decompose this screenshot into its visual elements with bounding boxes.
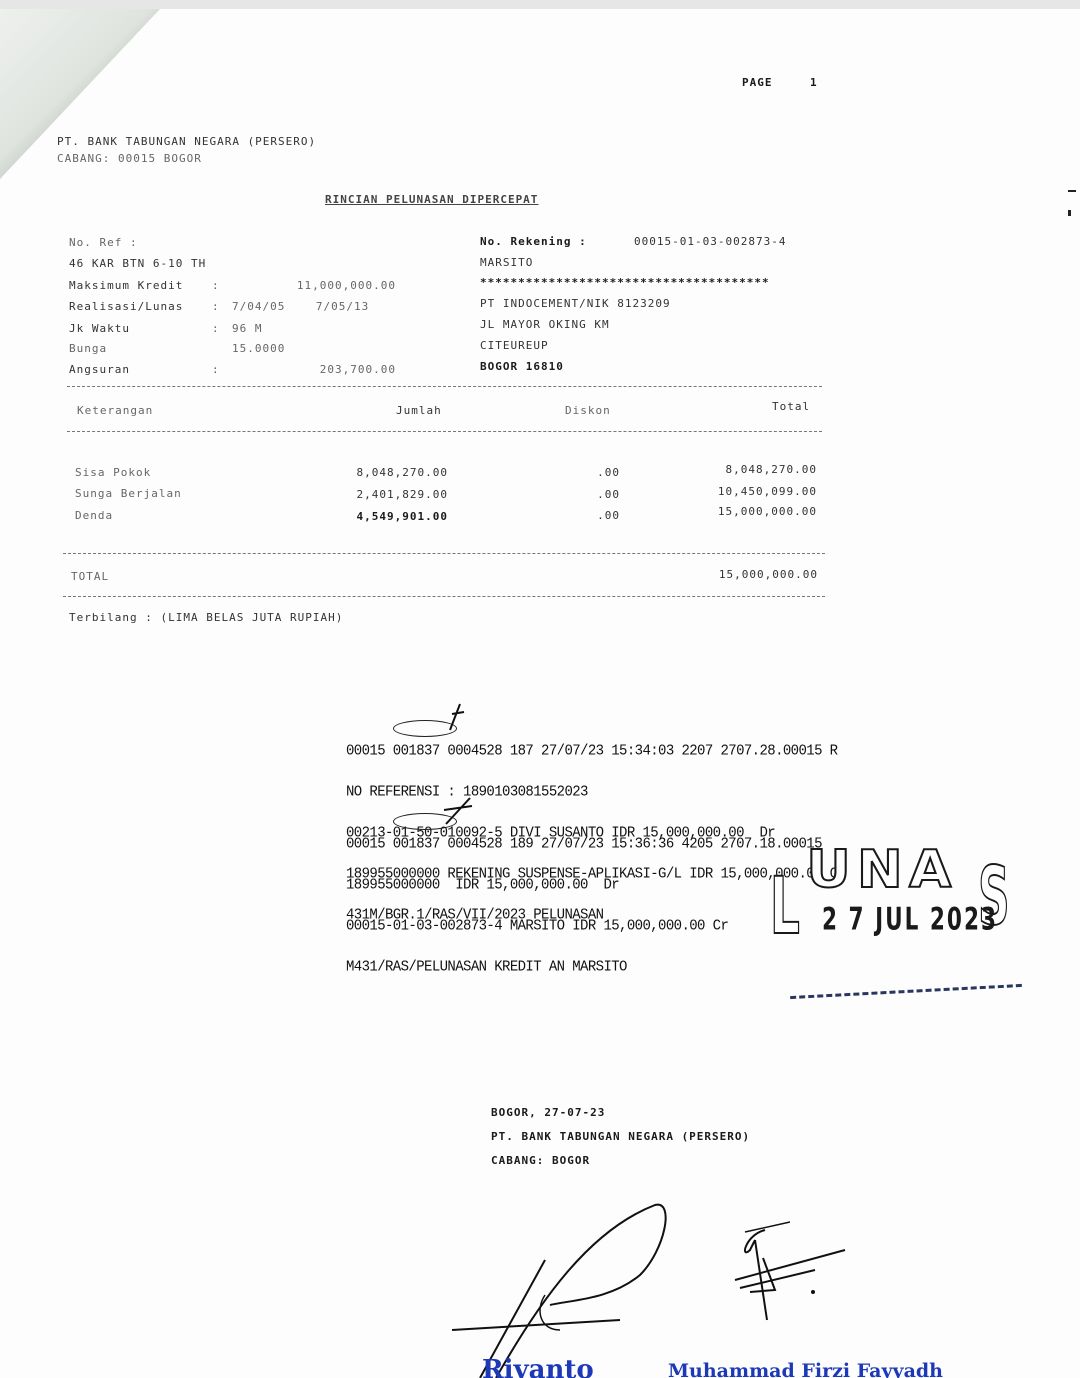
account-label: No. Rekening :: [480, 235, 587, 248]
transaction-line: NO REFERENSI : 1890103081552023: [346, 786, 845, 800]
page-number: 1: [810, 76, 818, 89]
installment-value: 203,700.00: [250, 363, 396, 376]
realization-value: 7/04/05 7/05/13: [232, 300, 369, 313]
col-header-discount: Diskon: [565, 404, 611, 417]
field-label: Jk Waktu: [69, 322, 130, 335]
page-label: PAGE: [742, 76, 773, 89]
ref-label: No. Ref :: [69, 236, 138, 249]
place-date: BOGOR, 27-07-23: [491, 1106, 605, 1119]
bank-name: PT. BANK TABUNGAN NEGARA (PERSERO): [57, 135, 316, 148]
transaction-line: M431/RAS/PELUNASAN KREDIT AN MARSITO: [346, 961, 822, 975]
top-bar: [0, 0, 1080, 9]
transaction-line: 00015-01-03-002873-4 MARSITO IDR 15,000,…: [346, 920, 822, 934]
row-total: 10,450,099.00: [650, 485, 817, 498]
signature-riyanto: [440, 1190, 680, 1378]
ink-tick: [440, 702, 470, 732]
footer-branch: CABANG: BOGOR: [491, 1154, 590, 1167]
divider: [67, 431, 822, 432]
edge-mark: [1068, 190, 1076, 192]
row-desc: Sisa Pokok: [75, 466, 151, 479]
account-number: 00015-01-03-002873-4: [634, 235, 786, 248]
divider: [67, 386, 822, 387]
row-desc: Sunga Berjalan: [75, 487, 182, 500]
row-amount: 8,048,270.00: [300, 466, 448, 479]
edge-mark: [1068, 210, 1071, 216]
field-sep: :: [212, 300, 220, 313]
document-title: RINCIAN PELUNASAN DIPERCEPAT: [325, 193, 538, 206]
address-line: JL MAYOR OKING KM: [480, 318, 610, 331]
total-value: 15,000,000.00: [650, 568, 818, 581]
stamp-letter-l: L: [770, 862, 803, 952]
transaction-line: 189955000000 IDR 15,000,000.00 Dr: [346, 879, 822, 893]
row-total: 8,048,270.00: [650, 463, 817, 476]
field-label: Bunga: [69, 342, 107, 355]
transaction-line: 00015 001837 0004528 189 27/07/23 15:36:…: [346, 838, 822, 852]
footer-bank-name: PT. BANK TABUNGAN NEGARA (PERSERO): [491, 1130, 750, 1143]
stamp-date: 2 7 JUL 2023: [822, 901, 998, 937]
ref-value: 46 KAR BTN 6-10 TH: [69, 257, 206, 270]
divider: [63, 596, 825, 597]
address-line: CITEUREUP: [480, 339, 549, 352]
row-desc: Denda: [75, 509, 113, 522]
row-amount: 2,401,829.00: [300, 488, 448, 501]
stamp-word: UNA: [806, 840, 957, 900]
term-value: 96 M: [232, 322, 263, 335]
col-header-total: Total: [772, 400, 810, 413]
field-label: Angsuran: [69, 363, 130, 376]
document-page: [0, 9, 1080, 1378]
row-amount: 4,549,901.00: [300, 510, 448, 523]
field-sep: :: [212, 322, 220, 335]
field-label: Realisasi/Lunas: [69, 300, 183, 313]
divider: [63, 553, 825, 554]
interest-value: 15.0000: [232, 342, 285, 355]
row-discount: .00: [560, 466, 620, 479]
signatory-name: Riyanto: [482, 1355, 594, 1378]
signatory-name: Muhammad Firzi Fayyadh: [668, 1360, 943, 1378]
ink-tick: [440, 796, 480, 826]
address-line: PT INDOCEMENT/NIK 8123209: [480, 297, 671, 310]
field-sep: :: [212, 363, 220, 376]
account-name: MARSITO: [480, 256, 533, 269]
transaction-line: 00015 001837 0004528 187 27/07/23 15:34:…: [346, 745, 845, 759]
col-header-amount: Jumlah: [396, 404, 442, 417]
row-discount: .00: [560, 488, 620, 501]
col-header-desc: Keterangan: [77, 404, 153, 417]
signature-firzi: [725, 1220, 855, 1330]
row-total: 15,000,000.00: [650, 505, 817, 518]
max-credit-value: 11,000,000.00: [250, 279, 396, 292]
total-label: TOTAL: [71, 570, 109, 583]
row-discount: .00: [560, 509, 620, 522]
branch-name: CABANG: 00015 BOGOR: [57, 152, 202, 165]
address-line: BOGOR 16810: [480, 360, 564, 373]
transaction-block: 00015 001837 0004528 189 27/07/23 15:36:…: [346, 811, 822, 988]
amount-in-words: Terbilang : (LIMA BELAS JUTA RUPIAH): [69, 611, 343, 624]
separator-stars: **************************************: [480, 276, 770, 289]
field-label: Maksimum Kredit: [69, 279, 183, 292]
field-sep: :: [212, 279, 220, 292]
